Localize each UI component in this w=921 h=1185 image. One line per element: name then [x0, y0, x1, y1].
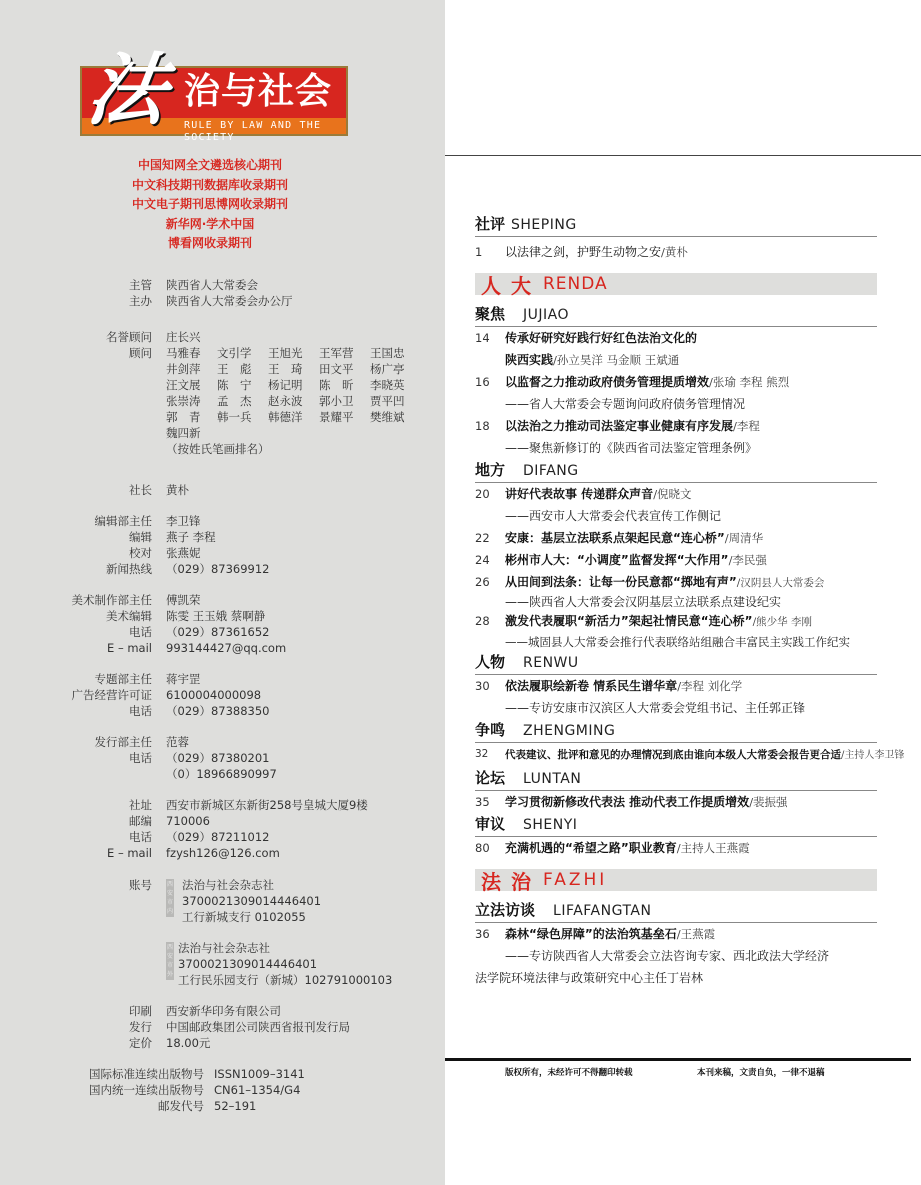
article-author: /黄朴 — [661, 245, 688, 259]
account-line: 3700021309014446401 — [182, 893, 392, 909]
value: fzysh126@126.com — [152, 845, 280, 861]
advisor-name: 汪文展 — [166, 377, 216, 393]
advisor-name: 文引学 — [217, 345, 267, 361]
label: 广告经营许可证 — [60, 687, 152, 703]
article-title-cont: 陕西实践 — [505, 353, 553, 367]
value: ISSN1009–3141 — [204, 1066, 305, 1082]
table-of-contents: 社评 SHEPING 1以法律之剑，护野生动物之安/黄朴 人大 RENDA 聚焦… — [475, 213, 877, 989]
section-title-en: DIFANG — [523, 463, 579, 479]
advisor-name: 王国忠 — [370, 345, 420, 361]
toc-entry[interactable]: 80充满机遇的“希望之路”职业教育/主持人王燕霞 — [475, 837, 877, 859]
page-number: 35 — [475, 791, 505, 813]
label: 邮编 — [60, 813, 152, 829]
bottom-rule — [445, 1058, 911, 1061]
page-number: 30 — [475, 675, 505, 697]
toc-entry[interactable]: 16以监督之力推动政府债务管理提质增效/张瑜 李程 熊烈 ——省人大常委会专题询… — [475, 371, 877, 415]
label: 定价 — [60, 1035, 152, 1051]
advisor-name: 贾平凹 — [370, 393, 420, 409]
label: E – mail — [60, 640, 152, 656]
advisor-name: 韩一兵 — [217, 409, 267, 425]
label: 社长 — [60, 482, 152, 498]
section-title-cn: 审议 — [475, 813, 505, 834]
toc-entry[interactable]: 1以法律之剑，护野生动物之安/黄朴 — [475, 241, 877, 263]
value: （029）87380201 — [152, 750, 269, 766]
label: 美术编辑 — [60, 608, 152, 624]
article-subtitle: ——西安市人大常委会代表宣传工作侧记 — [475, 505, 877, 527]
page-number: 1 — [475, 241, 505, 263]
magazine-logo: 法 治与社会 RULE BY LAW AND THE SOCIETY — [80, 66, 348, 148]
label: 电话 — [60, 829, 152, 845]
advisor-name: 马雅春 — [166, 345, 216, 361]
logo-title: 治与社会 — [184, 74, 332, 110]
section-title-cn: 社评 — [475, 213, 505, 234]
accounts-block: 账号 西安市内 法治与社会杂志社 3700021309014446401 工行新… — [60, 877, 392, 988]
label: 电话 — [60, 624, 152, 640]
special-dept-block: 专题部主任蒋宇罡 广告经营许可证6100004000098 电话（029）873… — [60, 671, 269, 719]
section-renwu: 人物 RENWU — [475, 651, 877, 675]
value: 6100004000098 — [152, 687, 261, 703]
label: 社址 — [60, 797, 152, 813]
value: 993144427@qq.com — [152, 640, 286, 656]
advisors-block: 名誉顾问庄长兴 顾问 马雅春 文引学 王旭光 王军营 王国忠 井剑萍 王 彪 王… — [100, 329, 420, 457]
label: 账号 — [60, 877, 152, 988]
section-title-en: LUNTAN — [523, 771, 581, 787]
value: 张燕妮 — [152, 545, 201, 561]
article-title: 以监督之力推动政府债务管理提质增效 — [505, 375, 709, 389]
toc-entry[interactable]: 35学习贯彻新修改代表法 推动代表工作提质增效/裴振强 — [475, 791, 877, 813]
distribution-block: 发行部主任范蓉 电话（029）87380201 （0）18966890997 — [60, 734, 277, 782]
index-line: 博看网收录期刊 — [0, 234, 420, 254]
toc-entry[interactable]: 32代表建议、批评和意见的办理情况到底由谁向本级人大常委会报告更合适/主持人李卫… — [475, 743, 877, 767]
account-line: 工行新城支行 0102055 — [182, 909, 392, 925]
article-author: /汉阴县人大常委会 — [737, 577, 825, 589]
advisor-name: 王军营 — [319, 345, 369, 361]
article-author: /主持人李卫锋 — [841, 750, 904, 761]
index-line: 中文电子期刊思博网收录期刊 — [0, 195, 420, 215]
page-number: 80 — [475, 837, 505, 859]
top-rule — [445, 155, 921, 156]
value: 中国邮政集团公司陕西省报刊发行局 — [152, 1019, 350, 1035]
page-number: 32 — [475, 743, 505, 767]
account-external: 西安市外 法治与社会杂志社 3700021309014446401 工行民乐园支… — [166, 940, 392, 988]
toc-entry[interactable]: 36森林“绿色屏障”的法治筑基垒石/王燕霞 ——专访陕西省人大常委会立法咨询专家… — [475, 923, 877, 989]
article-subtitle: ——陕西省人大常委会汉阴基层立法联系点建设纪实 — [475, 594, 877, 610]
section-shenyi: 审议 SHENYI — [475, 813, 877, 837]
label: 邮发代号 — [78, 1098, 204, 1114]
label: 美术制作部主任 — [60, 592, 152, 608]
section-luntan: 论坛 LUNTAN — [475, 767, 877, 791]
advisor-name: 景耀平 — [319, 409, 369, 425]
band-fazhi: 法治 FAZHI — [475, 869, 877, 891]
article-title: 充满机遇的“希望之路”职业教育 — [505, 841, 677, 855]
article-title: 代表建议、批评和意见的办理情况到底由谁向本级人大常委会报告更合适 — [505, 749, 841, 761]
value: （029）87388350 — [152, 703, 269, 719]
advisor-name: 王旭光 — [268, 345, 318, 361]
value: （0）18966890997 — [152, 766, 277, 782]
label — [60, 766, 152, 782]
label: 校对 — [60, 545, 152, 561]
advisor-name: 田文平 — [319, 361, 369, 377]
article-author: /熊少华 李刚 — [753, 616, 812, 628]
account-badge: 西安市内 — [166, 879, 174, 917]
masthead-panel: 法 治与社会 RULE BY LAW AND THE SOCIETY 中国知网全… — [0, 0, 445, 1185]
account-line: 工行民乐园支行（新城）102791000103 — [178, 972, 392, 988]
account-local: 西安市内 法治与社会杂志社 3700021309014446401 工行新城支行… — [166, 877, 392, 925]
section-title-cn: 立法访谈 — [475, 899, 535, 920]
advisor-name: 魏四新 — [166, 425, 216, 441]
article-author: /李程 — [733, 419, 760, 433]
article-title: 依法履职绘新卷 情系民生谱华章 — [505, 679, 677, 693]
value: 傅凯荣 — [152, 592, 201, 608]
index-line: 中国知网全文遴选核心期刊 — [0, 156, 420, 176]
account-line: 法治与社会杂志社 — [182, 877, 392, 893]
value: CN61–1354/G4 — [204, 1082, 300, 1098]
label: 电话 — [60, 750, 152, 766]
advisor-name: 井剑萍 — [166, 361, 216, 377]
label: 印刷 — [60, 1003, 152, 1019]
value: 52–191 — [204, 1098, 256, 1114]
logo-subtitle: RULE BY LAW AND THE SOCIETY — [184, 120, 348, 144]
value: （029）87211012 — [152, 829, 269, 845]
page-number: 36 — [475, 923, 505, 945]
label: 新闻热线 — [60, 561, 152, 577]
advisor-grid: 马雅春 文引学 王旭光 王军营 王国忠 井剑萍 王 彪 王 琦 田文平 杨广亭 … — [152, 345, 420, 441]
article-title: 学习贯彻新修改代表法 推动代表工作提质增效 — [505, 795, 749, 809]
label: 发行 — [60, 1019, 152, 1035]
toc-entry[interactable]: 18以法治之力推动司法鉴定事业健康有序发展/李程 ——聚焦新修订的《陕西省司法鉴… — [475, 415, 877, 459]
advisor-name: 郭小卫 — [319, 393, 369, 409]
article-subtitle: ——专访陕西省人大常委会立法咨询专家、西北政法大学经济 — [475, 945, 877, 967]
value: 黄朴 — [152, 482, 189, 498]
page-number: 16 — [475, 371, 505, 393]
advisor-name: 李晓英 — [370, 377, 420, 393]
value: 蒋宇罡 — [152, 671, 201, 687]
account-line: 法治与社会杂志社 — [178, 940, 392, 956]
account-line: 3700021309014446401 — [178, 956, 392, 972]
toc-entry[interactable]: 20讲好代表故事 传递群众声音/倪晓文 ——西安市人大常委会代表宣传工作侧记 — [475, 483, 877, 527]
section-jujiao: 聚焦 JUJIAO — [475, 303, 877, 327]
article-subtitle-cont: 法学院环境法律与政策研究中心主任丁岩林 — [475, 967, 877, 989]
advisor-name: 杨广亭 — [370, 361, 420, 377]
advisors-note: （按姓氏笔画排名） — [152, 441, 270, 457]
label: E – mail — [60, 845, 152, 861]
page-number: 28 — [475, 610, 505, 633]
page-number: 18 — [475, 415, 505, 437]
toc-entry[interactable]: 24彬州市人大：“小调度”监督发挥“大作用”/李民强 — [475, 549, 877, 571]
logo-calligraphy-char: 法 — [83, 52, 172, 130]
toc-entry[interactable]: 30依法履职绘新卷 情系民生谱华章/李程 刘化学 ——专访安康市汉滨区人大常委会… — [475, 675, 877, 719]
page-number: 26 — [475, 571, 505, 594]
contact-block: 社址西安市新城区东新街258号皇城大厦9楼 邮编710006 电话（029）87… — [60, 797, 368, 861]
advisor-name: 韩德洋 — [268, 409, 318, 425]
article-author: /倪晓文 — [653, 487, 691, 501]
account-badge: 西安市外 — [166, 942, 174, 980]
value: 范蓉 — [152, 734, 189, 750]
advisor-name: 王 琦 — [268, 361, 318, 377]
table-of-contents-panel: 社评 SHEPING 1以法律之剑，护野生动物之安/黄朴 人大 RENDA 聚焦… — [445, 0, 921, 1185]
advisor-name: 樊维斌 — [370, 409, 420, 425]
label: 国内统一连续出版物号 — [78, 1082, 204, 1098]
label: 国际标准连续出版物号 — [78, 1066, 204, 1082]
advisor-name: 王 彪 — [217, 361, 267, 377]
page-number: 22 — [475, 527, 505, 549]
article-subtitle: ——专访安康市汉滨区人大常委会党组书记、主任郭正锋 — [475, 697, 877, 719]
serial-numbers-block: 国际标准连续出版物号ISSN1009–3141 国内统一连续出版物号CN61–1… — [78, 1066, 305, 1114]
article-author: /孙立昊洋 马金顺 王斌通 — [553, 353, 679, 367]
value: 陈雯 王玉娥 蔡啊静 — [152, 608, 265, 624]
article-author: /张瑜 李程 熊烈 — [709, 375, 789, 389]
value: （029）87369912 — [152, 561, 269, 577]
label: 名誉顾问 — [100, 329, 152, 345]
value: （029）87361652 — [152, 624, 269, 640]
advisor-name: 张崇涛 — [166, 393, 216, 409]
advisor-name: 赵永波 — [268, 393, 318, 409]
index-line: 新华网·学术中国 — [0, 215, 420, 235]
value: 燕子 李程 — [152, 529, 216, 545]
band-title-en: RENDA — [543, 274, 608, 294]
article-title: 传承好研究好践行好红色法治文化的 — [505, 327, 697, 349]
label: 编辑 — [60, 529, 152, 545]
label: 发行部主任 — [60, 734, 152, 750]
article-title: 以法律之剑，护野生动物之安 — [505, 245, 661, 259]
label: 编辑部主任 — [60, 513, 152, 529]
section-zhengming: 争鸣 ZHENGMING — [475, 719, 877, 743]
band-title-en: FAZHI — [543, 870, 607, 890]
article-author: /李程 刘化学 — [677, 679, 742, 693]
value: 陕西省人大常委会 — [152, 277, 258, 293]
president-block: 社长黄朴 — [60, 482, 189, 498]
section-title-cn: 争鸣 — [475, 719, 505, 740]
label: 主办 — [100, 293, 152, 309]
printing-block: 印刷西安新华印务有限公司 发行中国邮政集团公司陕西省报刊发行局 定价18.00元 — [60, 1003, 350, 1051]
toc-entry[interactable]: 22安康：基层立法联系点架起民意“连心桥”/周清华 — [475, 527, 877, 549]
label: 顾问 — [100, 345, 152, 441]
section-sheping: 社评 SHEPING — [475, 213, 877, 237]
label: 专题部主任 — [60, 671, 152, 687]
publisher-block: 主管陕西省人大常委会 主办陕西省人大常委会办公厅 — [100, 277, 293, 309]
toc-entry[interactable]: 26从田间到法条：让每一份民意都“掷地有声”/汉阴县人大常委会 ——陕西省人大常… — [475, 571, 877, 610]
advisor-name: 郭 青 — [166, 409, 216, 425]
article-subtitle: ——聚焦新修订的《陕西省司法鉴定管理条例》 — [475, 437, 877, 459]
article-title: 彬州市人大：“小调度”监督发挥“大作用” — [505, 553, 729, 567]
advisor-name: 孟 杰 — [217, 393, 267, 409]
value: 710006 — [152, 813, 210, 829]
index-line: 中文科技期刊数据库收录期刊 — [0, 176, 420, 196]
value: 18.00元 — [152, 1035, 210, 1051]
article-subtitle: ——省人大常委会专题询问政府债务管理情况 — [475, 393, 877, 415]
article-author: /李民强 — [729, 553, 767, 567]
section-title-cn: 聚焦 — [475, 303, 505, 324]
label: 主管 — [100, 277, 152, 293]
section-title-en: SHENYI — [523, 817, 577, 833]
section-title-en: RENWU — [523, 655, 579, 671]
advisor-name: 陈 宁 — [217, 377, 267, 393]
label: 电话 — [60, 703, 152, 719]
toc-entry[interactable]: 14传承好研究好践行好红色法治文化的 陕西实践/孙立昊洋 马金顺 王斌通 — [475, 327, 877, 371]
section-title-cn: 人物 — [475, 651, 505, 672]
section-title-cn: 论坛 — [475, 767, 505, 788]
art-block: 美术制作部主任傅凯荣 美术编辑陈雯 王玉娥 蔡啊静 电话（029）8736165… — [60, 592, 286, 656]
value: 李卫锋 — [152, 513, 201, 529]
article-author: /主持人王燕霞 — [677, 841, 750, 855]
article-author: /周清华 — [725, 531, 763, 545]
page-number: 20 — [475, 483, 505, 505]
page-number: 24 — [475, 549, 505, 571]
article-author: /王燕霞 — [677, 927, 715, 941]
page-number: 14 — [475, 327, 505, 349]
section-lifafangtan: 立法访谈 LIFAFANGTAN — [475, 899, 877, 923]
article-title: 激发代表履职“新活力”架起社情民意“连心桥” — [505, 614, 753, 628]
index-listing: 中国知网全文遴选核心期刊 中文科技期刊数据库收录期刊 中文电子期刊思博网收录期刊… — [0, 156, 420, 254]
value: 陕西省人大常委会办公厅 — [152, 293, 293, 309]
article-title: 森林“绿色屏障”的法治筑基垒石 — [505, 927, 677, 941]
section-title-cn: 地方 — [475, 459, 505, 480]
value: 庄长兴 — [152, 329, 201, 345]
article-subtitle: ——城固县人大常委会推行代表联络站组融合丰富民主实践工作纪实 — [475, 633, 877, 651]
article-title: 以法治之力推动司法鉴定事业健康有序发展 — [505, 419, 733, 433]
section-difang: 地方 DIFANG — [475, 459, 877, 483]
advisor-name: 陈 昕 — [319, 377, 369, 393]
band-renda: 人大 RENDA — [475, 273, 877, 295]
value: 西安新华印务有限公司 — [152, 1003, 281, 1019]
article-author: /裴振强 — [749, 795, 787, 809]
advisor-name: 杨记明 — [268, 377, 318, 393]
value: 西安市新城区东新街258号皇城大厦9楼 — [152, 797, 368, 813]
toc-entry[interactable]: 28激发代表履职“新活力”架起社情民意“连心桥”/熊少华 李刚 ——城固县人大常… — [475, 610, 877, 651]
article-title: 从田间到法条：让每一份民意都“掷地有声” — [505, 575, 737, 589]
copyright-notice: 版权所有，未经许可不得翻印转载 — [505, 1066, 633, 1078]
submission-notice: 本刊来稿，文责自负，一律不退稿 — [697, 1066, 825, 1078]
section-title-en: JUJIAO — [523, 307, 569, 323]
editorial-block: 编辑部主任李卫锋 编辑燕子 李程 校对张燕妮 新闻热线（029）87369912 — [60, 513, 269, 577]
article-title: 讲好代表故事 传递群众声音 — [505, 487, 653, 501]
section-title-en: LIFAFANGTAN — [553, 903, 651, 919]
section-title-en: ZHENGMING — [523, 723, 615, 739]
band-title-cn: 法治 — [481, 866, 541, 895]
band-title-cn: 人大 — [481, 270, 541, 299]
section-title-en: SHEPING — [511, 217, 577, 233]
article-title: 安康：基层立法联系点架起民意“连心桥” — [505, 531, 725, 545]
